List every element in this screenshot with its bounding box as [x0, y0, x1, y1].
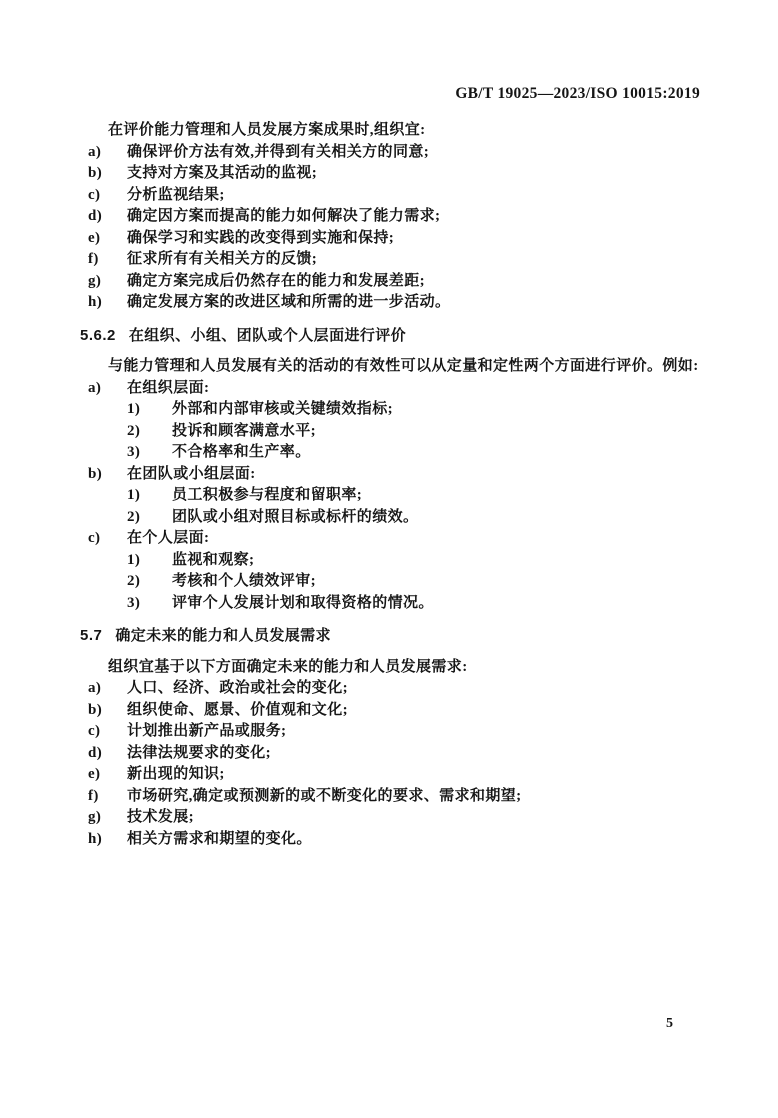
- document-body: 在评价能力管理和人员发展方案成果时,组织宜: a) 确保评价方法有效,并得到有关…: [80, 120, 700, 850]
- item-label: b): [80, 464, 127, 486]
- item-label: 2): [127, 507, 172, 529]
- item-text: 投诉和顾客满意水平;: [172, 421, 700, 443]
- item-text: 在个人层面:: [127, 528, 700, 550]
- section-title: 确定未来的能力和人员发展需求: [115, 627, 331, 644]
- item-label: a): [80, 142, 127, 164]
- sub-list-item: 1) 外部和内部审核或关键绩效指标;: [80, 399, 700, 421]
- list-item: b) 组织使命、愿景、价值观和文化;: [80, 700, 700, 722]
- item-text: 确定方案完成后仍然存在的能力和发展差距;: [127, 271, 700, 293]
- item-text: 组织使命、愿景、价值观和文化;: [127, 700, 700, 722]
- item-label: 1): [127, 399, 172, 421]
- item-label: f): [80, 786, 127, 808]
- list-item: h) 相关方需求和期望的变化。: [80, 829, 700, 851]
- item-label: 3): [127, 593, 172, 615]
- section-number: 5.6.2: [80, 327, 116, 344]
- item-text: 监视和观察;: [172, 550, 700, 572]
- section-number: 5.7: [80, 627, 102, 644]
- item-text: 市场研究,确定或预测新的或不断变化的要求、需求和期望;: [127, 786, 700, 808]
- intro-paragraph: 在评价能力管理和人员发展方案成果时,组织宜:: [80, 120, 700, 142]
- item-text: 在团队或小组层面:: [127, 464, 700, 486]
- item-text: 征求所有有关相关方的反馈;: [127, 249, 700, 271]
- item-label: g): [80, 271, 127, 293]
- list-item: a) 人口、经济、政治或社会的变化;: [80, 678, 700, 700]
- list-item: c) 计划推出新产品或服务;: [80, 721, 700, 743]
- item-text: 相关方需求和期望的变化。: [127, 829, 700, 851]
- list-item: f) 征求所有有关相关方的反馈;: [80, 249, 700, 271]
- item-label: d): [80, 743, 127, 765]
- sub-list-item: 1) 监视和观察;: [80, 550, 700, 572]
- item-text: 确保学习和实践的改变得到实施和保持;: [127, 228, 700, 250]
- item-label: 1): [127, 550, 172, 572]
- item-label: 2): [127, 571, 172, 593]
- sub-list-item: 2) 团队或小组对照目标或标杆的绩效。: [80, 507, 700, 529]
- section-title: 在组织、小组、团队或个人层面进行评价: [129, 327, 406, 344]
- document-page: GB/T 19025—2023/ISO 10015:2019 在评价能力管理和人…: [0, 0, 778, 1118]
- list-item: h) 确定发展方案的改进区域和所需的进一步活动。: [80, 292, 700, 314]
- item-text: 在组织层面:: [127, 378, 700, 400]
- item-label: d): [80, 206, 127, 228]
- list-item: g) 技术发展;: [80, 807, 700, 829]
- list-item: e) 确保学习和实践的改变得到实施和保持;: [80, 228, 700, 250]
- sub-list-item: 1) 员工积极参与程度和留职率;: [80, 485, 700, 507]
- item-text: 员工积极参与程度和留职率;: [172, 485, 700, 507]
- item-text: 计划推出新产品或服务;: [127, 721, 700, 743]
- section-562-paragraph: 与能力管理和人员发展有关的活动的有效性可以从定量和定性两个方面进行评价。例如:: [80, 356, 700, 378]
- sub-list-item: 3) 不合格率和生产率。: [80, 442, 700, 464]
- item-label: a): [80, 378, 127, 400]
- item-text: 团队或小组对照目标或标杆的绩效。: [172, 507, 700, 529]
- list-item: d) 法律法规要求的变化;: [80, 743, 700, 765]
- item-text: 支持对方案及其活动的监视;: [127, 163, 700, 185]
- item-label: 3): [127, 442, 172, 464]
- list-item: b) 在团队或小组层面:: [80, 464, 700, 486]
- item-label: h): [80, 829, 127, 851]
- item-label: e): [80, 764, 127, 786]
- item-text: 确保评价方法有效,并得到有关相关方的同意;: [127, 142, 700, 164]
- item-text: 评审个人发展计划和取得资格的情况。: [172, 593, 700, 615]
- item-label: c): [80, 721, 127, 743]
- list-item: c) 分析监视结果;: [80, 185, 700, 207]
- item-label: b): [80, 163, 127, 185]
- item-label: g): [80, 807, 127, 829]
- item-text: 不合格率和生产率。: [172, 442, 700, 464]
- item-label: 2): [127, 421, 172, 443]
- section-heading-57: 5.7确定未来的能力和人员发展需求: [80, 625, 700, 647]
- list-item: f) 市场研究,确定或预测新的或不断变化的要求、需求和期望;: [80, 786, 700, 808]
- section-heading-562: 5.6.2在组织、小组、团队或个人层面进行评价: [80, 325, 700, 347]
- item-label: h): [80, 292, 127, 314]
- list-item: a) 确保评价方法有效,并得到有关相关方的同意;: [80, 142, 700, 164]
- item-text: 确定发展方案的改进区域和所需的进一步活动。: [127, 292, 700, 314]
- item-label: c): [80, 528, 127, 550]
- sub-list-item: 2) 投诉和顾客满意水平;: [80, 421, 700, 443]
- item-label: b): [80, 700, 127, 722]
- list-item: d) 确定因方案而提高的能力如何解决了能力需求;: [80, 206, 700, 228]
- item-label: 1): [127, 485, 172, 507]
- item-text: 人口、经济、政治或社会的变化;: [127, 678, 700, 700]
- item-text: 新出现的知识;: [127, 764, 700, 786]
- page-header: GB/T 19025—2023/ISO 10015:2019: [80, 85, 700, 103]
- item-label: c): [80, 185, 127, 207]
- list-item: g) 确定方案完成后仍然存在的能力和发展差距;: [80, 271, 700, 293]
- list-item: b) 支持对方案及其活动的监视;: [80, 163, 700, 185]
- item-text: 外部和内部审核或关键绩效指标;: [172, 399, 700, 421]
- sub-list-item: 2) 考核和个人绩效评审;: [80, 571, 700, 593]
- list-item: e) 新出现的知识;: [80, 764, 700, 786]
- section-57-paragraph: 组织宜基于以下方面确定未来的能力和人员发展需求:: [80, 657, 700, 679]
- item-text: 考核和个人绩效评审;: [172, 571, 700, 593]
- standard-number: GB/T 19025—2023/ISO 10015:2019: [455, 85, 700, 102]
- sub-list-item: 3) 评审个人发展计划和取得资格的情况。: [80, 593, 700, 615]
- page-number: 5: [666, 1016, 673, 1032]
- item-label: e): [80, 228, 127, 250]
- list-item: a) 在组织层面:: [80, 378, 700, 400]
- item-label: f): [80, 249, 127, 271]
- item-label: a): [80, 678, 127, 700]
- item-text: 法律法规要求的变化;: [127, 743, 700, 765]
- list-item: c) 在个人层面:: [80, 528, 700, 550]
- item-text: 技术发展;: [127, 807, 700, 829]
- item-text: 确定因方案而提高的能力如何解决了能力需求;: [127, 206, 700, 228]
- item-text: 分析监视结果;: [127, 185, 700, 207]
